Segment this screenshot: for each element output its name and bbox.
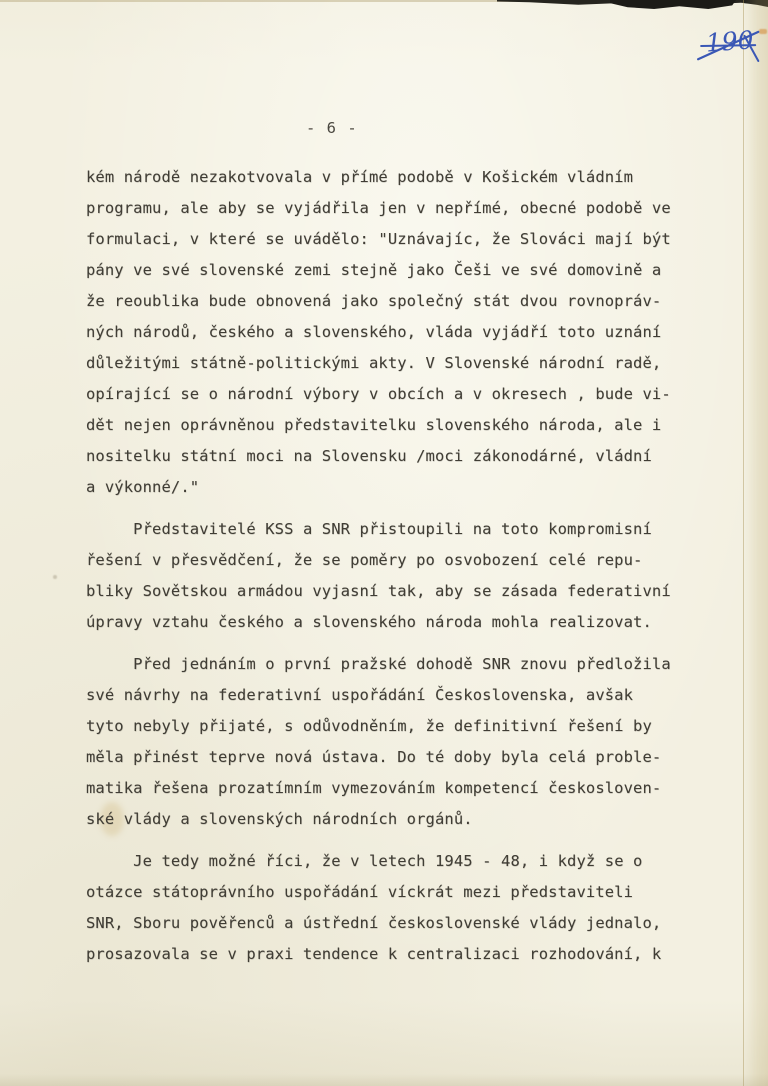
scan-edge-bottom-band (0, 1074, 768, 1086)
typed-page-number: - 6 - (306, 119, 358, 137)
document-body: kém národě nezakotvovala v přímé podobě … (86, 162, 696, 981)
paper-speck (53, 575, 57, 579)
scanned-document-page: 190 - 6 - kém národě nezakotvovala v pří… (0, 0, 768, 1086)
scan-edge-right-band (743, 0, 768, 1086)
paragraph-continuation: kém národě nezakotvovala v přímé podobě … (86, 162, 696, 503)
handwritten-number-drawing: 190 (691, 15, 766, 72)
paragraph-prague-agreement: Před jednáním o první pražské dohodě SNR… (86, 649, 696, 835)
paragraph-kss-snr: Představitelé KSS a SNR přistoupili na t… (86, 514, 696, 638)
scan-edge-top-blob (610, 0, 736, 9)
scan-edge-top-line (0, 0, 520, 2)
paragraph-1945-48: Je tedy možné říci, že v letech 1945 - 4… (86, 846, 696, 970)
handwritten-number-crossed-out: 190 (691, 15, 766, 72)
